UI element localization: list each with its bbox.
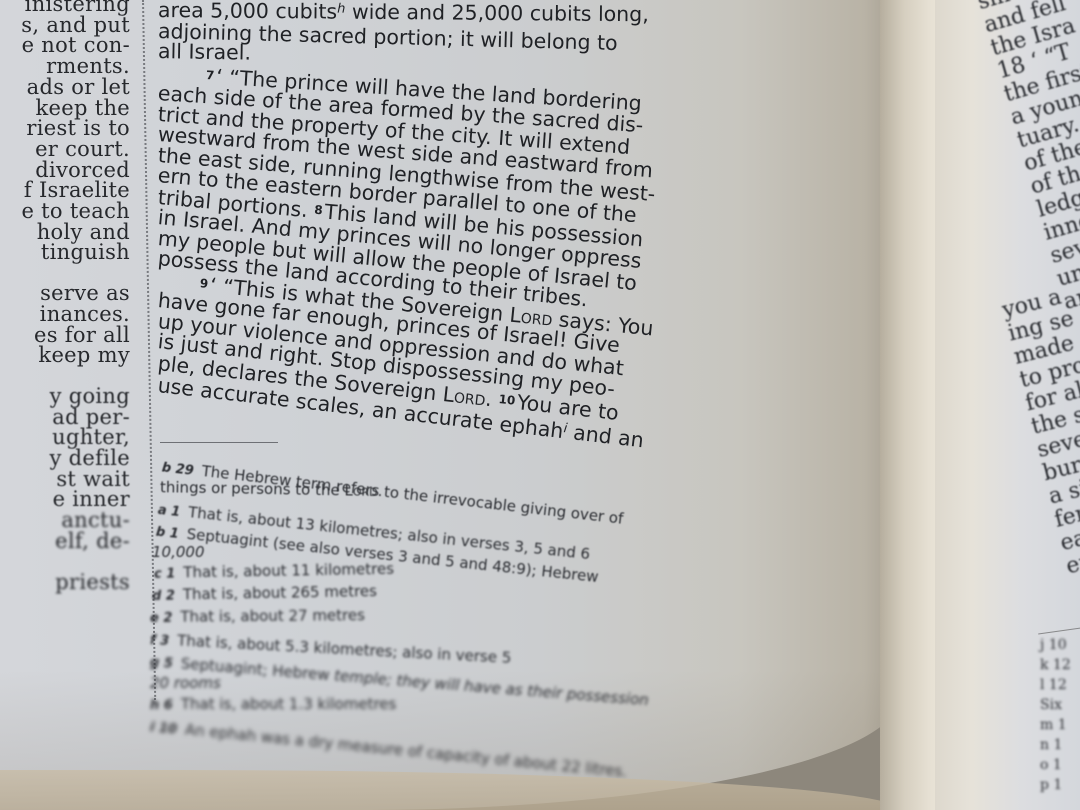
text-line: rments. xyxy=(0,56,130,77)
verse-number: 8 xyxy=(314,202,324,217)
footnote-divider xyxy=(160,442,278,443)
main-column-text: area 5,000 cubitsh wide and 25,000 cubit… xyxy=(158,0,878,396)
footnote: k 12 xyxy=(1040,655,1080,675)
text-line: f Israelite xyxy=(0,180,130,201)
text-line: s, and put xyxy=(0,15,130,36)
text-line: y defile xyxy=(0,448,130,469)
left-page: inistering s, and put e not con- rments.… xyxy=(0,0,900,810)
verse-number: 7 xyxy=(206,68,215,82)
text-line: e inner xyxy=(0,489,130,510)
text-line: e not con- xyxy=(0,35,130,56)
text-line: er court. xyxy=(0,139,130,160)
footnote: h 6That is, about 1.3 kilometres xyxy=(150,694,850,716)
text-line: st wait xyxy=(0,469,130,490)
bible-photo: inistering s, and put e not con- rments.… xyxy=(0,0,1080,810)
footnote: o 1 xyxy=(1040,755,1080,775)
footnote: m 1 xyxy=(1040,715,1080,735)
text-line: holy and xyxy=(0,222,130,243)
footnote: j 10 xyxy=(1040,635,1080,655)
verse-number: 9 xyxy=(199,276,209,291)
text-line: elf, de- xyxy=(0,531,130,552)
text-line: es for all xyxy=(0,325,130,346)
verse-number: 10 xyxy=(498,392,516,408)
footnote: e 2That is, about 27 metres xyxy=(150,601,850,629)
footnote: n 1 xyxy=(1040,735,1080,755)
text-line: ads or let xyxy=(0,77,130,98)
text-line: keep my xyxy=(0,345,130,366)
footnote: p 1 xyxy=(1040,775,1080,795)
left-column-text: inistering s, and put e not con- rments.… xyxy=(0,0,130,592)
text-line: priests xyxy=(0,572,130,593)
text-line: anctu- xyxy=(0,510,130,531)
footnote: 20 rooms xyxy=(150,673,850,694)
footnotes: b 29The Hebrew term refers to the irrevo… xyxy=(150,455,850,738)
text-line: serve as xyxy=(0,283,130,304)
text-line: ad per- xyxy=(0,407,130,428)
text-line: divorced xyxy=(0,160,130,181)
text-line: e to teach xyxy=(0,201,130,222)
footnote: l 12 xyxy=(1040,675,1080,695)
text-line: tinguish xyxy=(0,242,130,263)
text-line: riest is to xyxy=(0,118,130,139)
text-line: keep the xyxy=(0,98,130,119)
text-line: inances. xyxy=(0,304,130,325)
text-line: ughter, xyxy=(0,427,130,448)
right-page-footnotes: j 10 k 12 l 12 Six m 1 n 1 o 1 p 1 xyxy=(1040,635,1080,795)
text-line: y going xyxy=(0,386,130,407)
footnote: Six xyxy=(1040,695,1080,715)
